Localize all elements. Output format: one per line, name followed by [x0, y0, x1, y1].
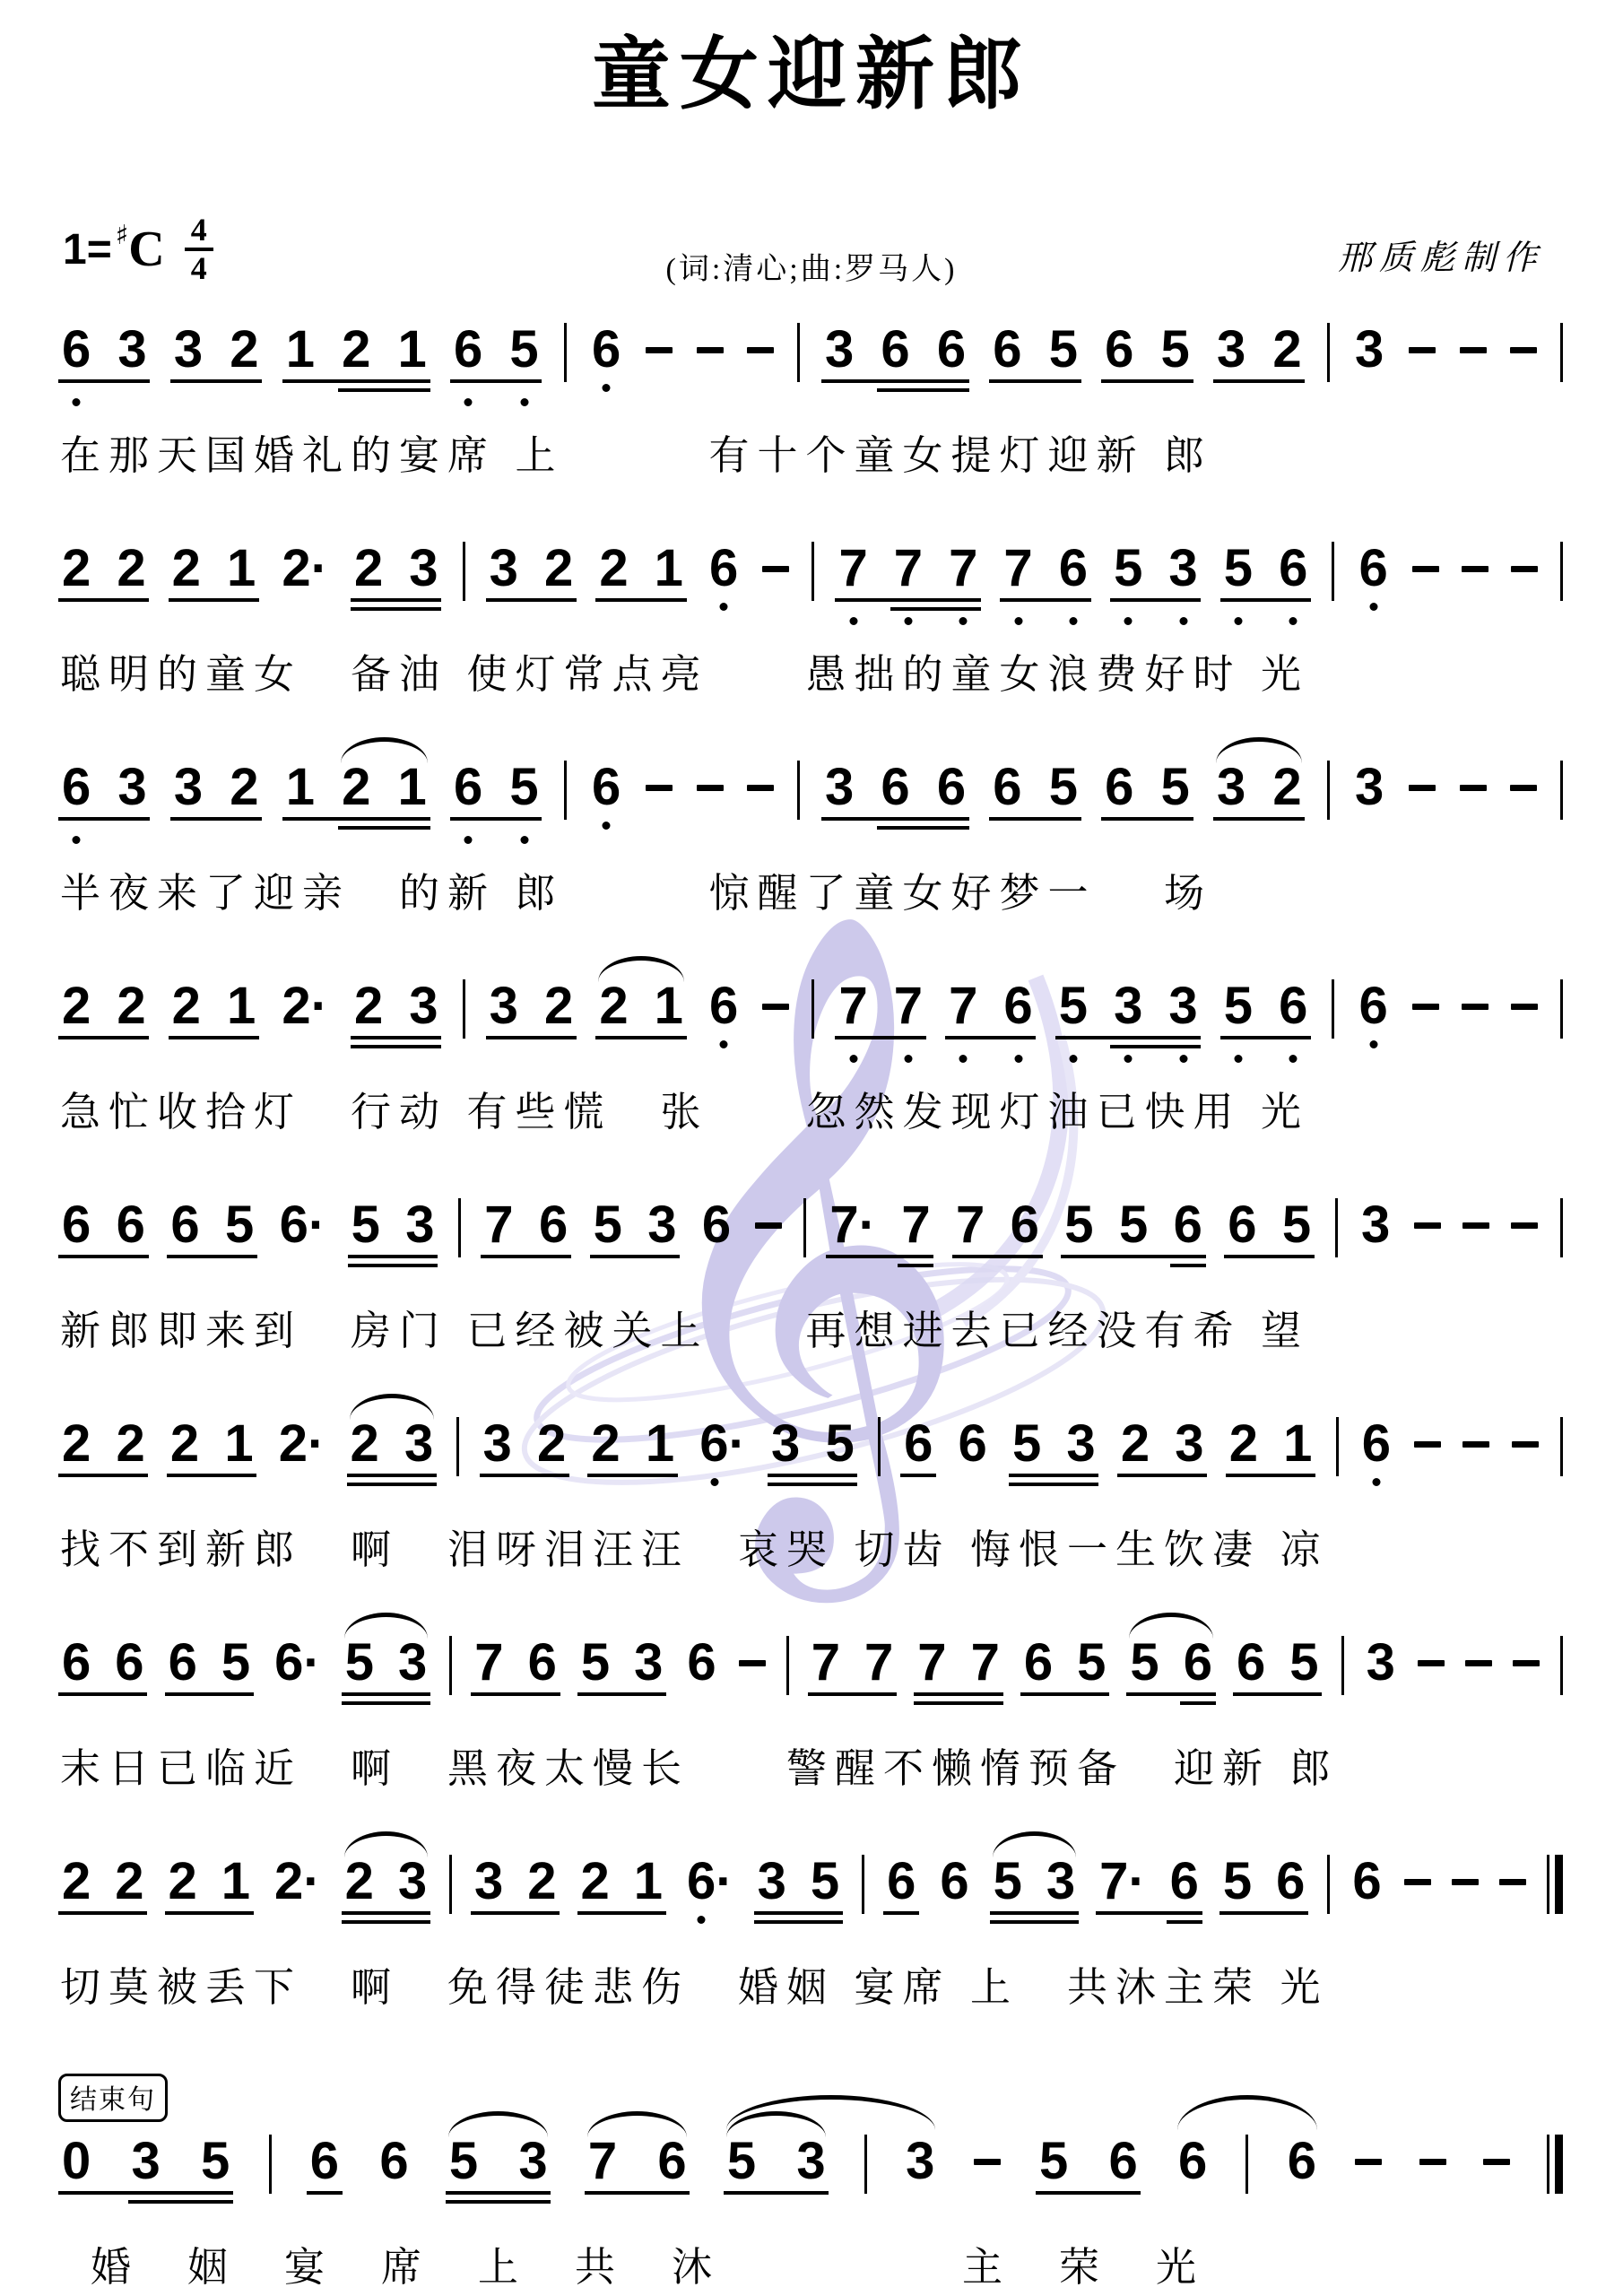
- note-digit: 2·: [279, 1417, 325, 1471]
- note: 6: [58, 761, 94, 814]
- note-digit: 6: [657, 2135, 686, 2188]
- octave-dot-icon: [1179, 1055, 1187, 1063]
- beam: [471, 1911, 560, 1915]
- note: 3: [395, 1636, 430, 1690]
- note: 3: [395, 1855, 430, 1909]
- note-digit: 2: [544, 979, 573, 1033]
- note-digit: 6: [62, 761, 91, 814]
- note: 2: [577, 1855, 613, 1909]
- slur-arc-icon: [1177, 2095, 1317, 2130]
- note-digit: 1: [286, 761, 315, 814]
- beam: [945, 1036, 1036, 1039]
- beam: [585, 2191, 690, 2195]
- note-digit: 1: [398, 761, 427, 814]
- octave-dot-icon: [1124, 617, 1133, 625]
- note: 7·: [1096, 1855, 1150, 1909]
- duration-dash-icon: [1419, 2159, 1446, 2165]
- slur-arc-icon: [448, 2111, 548, 2137]
- note-digit: 7: [894, 542, 923, 596]
- beam: [170, 379, 262, 383]
- note-digit: 1: [646, 1417, 674, 1471]
- beam: [351, 1036, 441, 1039]
- note-digit: 3: [409, 979, 438, 1033]
- octave-dot-icon: [1124, 1055, 1133, 1063]
- octave-dot-icon: [1369, 603, 1377, 611]
- beam: [342, 1920, 430, 1924]
- notes-row: 22212·23322167776533566: [58, 979, 1565, 1073]
- beam: [1020, 1692, 1109, 1696]
- duration-dash: [1508, 761, 1539, 791]
- note: 2: [342, 1855, 378, 1909]
- note: 6: [588, 761, 624, 814]
- duration-dash-icon: [1414, 1222, 1441, 1229]
- note: 6: [654, 2135, 690, 2188]
- note: 6: [1275, 542, 1311, 596]
- barline: [1341, 1636, 1344, 1695]
- barline: [786, 1636, 789, 1695]
- note: 6: [955, 1417, 991, 1471]
- note: 2: [226, 323, 262, 377]
- duration-dash-icon: [1452, 1879, 1479, 1885]
- note: 3: [1213, 323, 1249, 377]
- duration-dash: [1460, 542, 1490, 572]
- barline: [1558, 761, 1565, 820]
- duration-dash: [1410, 979, 1441, 1010]
- note-digit: 3: [1046, 1855, 1075, 1909]
- beam: [877, 826, 969, 830]
- barline: [461, 979, 467, 1039]
- note-digit: 6: [1003, 979, 1032, 1033]
- note: 5: [1110, 542, 1146, 596]
- duration-dash: [1402, 1855, 1433, 1885]
- barline: [1327, 323, 1330, 382]
- octave-dot-icon: [1289, 617, 1298, 625]
- note: 5: [1055, 979, 1091, 1033]
- note: 2: [347, 1417, 383, 1471]
- note: 6: [706, 542, 742, 596]
- duration-dash-icon: [1483, 2159, 1510, 2165]
- note: 2·: [278, 542, 332, 596]
- note-digit: 3: [647, 1198, 676, 1252]
- final-barline: [1555, 2135, 1563, 2194]
- barline: [564, 761, 567, 820]
- duration-dash-icon: [1513, 1660, 1540, 1666]
- note: 6: [535, 1198, 571, 1252]
- duration-dash-icon: [1355, 2159, 1382, 2165]
- duration-dash: [745, 761, 776, 791]
- barline: [562, 323, 568, 382]
- barline: [1327, 1855, 1330, 1914]
- barline: [810, 979, 816, 1039]
- note-digit: 5: [1039, 2135, 1068, 2188]
- note-digit: 5: [201, 2135, 230, 2188]
- note-digit: 5: [225, 1198, 254, 1252]
- beam: [446, 2200, 551, 2204]
- note: 5: [506, 761, 542, 814]
- note-digit: 5: [1282, 1198, 1311, 1252]
- note-digit: 6: [62, 1636, 91, 1690]
- note-digit: 3: [404, 1417, 433, 1471]
- note: 6: [1224, 1198, 1260, 1252]
- slur-arc-icon: [344, 1831, 428, 1857]
- note: 3: [170, 323, 206, 377]
- duration-dash-icon: [747, 785, 774, 791]
- barline: [447, 1636, 454, 1695]
- note-digit: 6: [592, 761, 621, 814]
- note-digit: 2: [527, 1855, 556, 1909]
- note: 7: [945, 979, 981, 1033]
- note-digit: 2: [115, 1855, 143, 1909]
- note: 1: [395, 323, 430, 377]
- note-digit: 7·: [829, 1198, 876, 1252]
- note-digit: 7: [811, 1636, 840, 1690]
- note: 6: [1167, 1855, 1202, 1909]
- note-digit: 6: [959, 1417, 987, 1471]
- note-digit: 6: [887, 1855, 916, 1909]
- note: 6: [1101, 761, 1137, 814]
- note: 3: [1351, 761, 1387, 814]
- barline: [456, 1198, 463, 1257]
- note-digit: 6: [1276, 1855, 1305, 1909]
- note-digit: 2: [599, 542, 628, 596]
- note: 6: [1000, 979, 1036, 1033]
- note-digit: 3: [490, 542, 518, 596]
- note-digit: 6: [115, 1636, 143, 1690]
- final-barline: [1555, 1855, 1563, 1914]
- note-digit: 6: [62, 1198, 91, 1252]
- note-digit: 6: [454, 323, 482, 377]
- note-digit: 6: [1237, 1636, 1265, 1690]
- beam: [351, 1045, 441, 1048]
- note: 6: [877, 761, 913, 814]
- beam: [1126, 1692, 1216, 1696]
- beam: [58, 1692, 147, 1696]
- note-digit: 1: [286, 323, 315, 377]
- note-digit: 3: [906, 2135, 934, 2188]
- barline: [1560, 1417, 1563, 1476]
- note-digit: 1: [1283, 1417, 1312, 1471]
- note: 3: [114, 323, 150, 377]
- note: 6: [1180, 1636, 1216, 1690]
- note: 7: [1000, 542, 1036, 596]
- note-digit: 5: [1161, 323, 1190, 377]
- beam: [754, 1920, 843, 1924]
- beam: [128, 2200, 233, 2204]
- beam: [58, 2191, 233, 2195]
- note-digit: 6: [881, 323, 909, 377]
- maker-credit: 邢质彪制作: [1338, 230, 1544, 279]
- note: 2·: [271, 1855, 325, 1909]
- note: 2: [169, 979, 204, 1033]
- octave-dot-icon: [1014, 1055, 1022, 1063]
- note-digit: 6·: [687, 1855, 733, 1909]
- final-barline: [1545, 2135, 1565, 2194]
- beam: [990, 1920, 1079, 1924]
- note-digit: 3: [771, 1417, 800, 1471]
- note-digit: 1: [227, 979, 256, 1033]
- note-digit: 6: [1170, 1855, 1199, 1909]
- note: 3: [1165, 542, 1201, 596]
- notes-row: 22212·2332216·35665323216: [58, 1417, 1565, 1510]
- note: 5: [1036, 2135, 1072, 2188]
- beam: [1096, 1911, 1202, 1915]
- note-digit: 6: [379, 2135, 408, 2188]
- duration-dash-icon: [1462, 1222, 1489, 1229]
- note: 5: [990, 1855, 1026, 1909]
- music-line-6: 22212·2332216·35665323216找不到新郎 啊 泪呀泪汪汪 哀…: [58, 1417, 1565, 1577]
- note-digit: 6: [1228, 1198, 1256, 1252]
- note-digit: 6: [904, 1417, 933, 1471]
- beam: [307, 2191, 343, 2195]
- octave-dot-icon: [959, 617, 968, 625]
- barline: [1325, 323, 1332, 382]
- note: 3: [170, 761, 206, 814]
- beam: [577, 1911, 666, 1915]
- duration-dash-icon: [1462, 1441, 1489, 1448]
- note: 2: [111, 1855, 147, 1909]
- duration-dash-icon: [1409, 347, 1436, 353]
- note: 6·: [696, 1417, 750, 1471]
- note-digit: 3: [1355, 323, 1384, 377]
- barline: [1560, 979, 1563, 1039]
- note-digit: 2: [537, 1417, 566, 1471]
- note: 2: [338, 761, 374, 814]
- beam: [1226, 1474, 1315, 1477]
- note-digit: 5: [1224, 542, 1253, 596]
- beam: [1036, 2191, 1141, 2195]
- note: 5: [221, 1198, 257, 1252]
- duration-dash: [1458, 761, 1488, 791]
- note: 6: [1355, 979, 1391, 1033]
- octave-dot-icon: [520, 836, 528, 844]
- beam: [1117, 1474, 1207, 1477]
- note-digit: 3: [1217, 323, 1245, 377]
- note-digit: 3: [1168, 979, 1197, 1033]
- note: 5: [724, 2135, 759, 2188]
- note: 2: [167, 1417, 203, 1471]
- note: 3: [1110, 979, 1146, 1033]
- music-line-ending: 0356653765335666婚 姻 宴 席 上 共 沐 主 荣 光: [58, 2135, 1565, 2294]
- duration-dash: [1461, 1198, 1491, 1229]
- note-digit: 6: [1279, 542, 1307, 596]
- note: 2: [541, 979, 577, 1033]
- note-digit: 3: [1114, 979, 1142, 1033]
- note: 1: [282, 323, 318, 377]
- note-digit: 5: [1119, 1198, 1148, 1252]
- note-digit: 6: [117, 1198, 145, 1252]
- octave-dot-icon: [849, 1055, 857, 1063]
- note-digit: 7: [588, 2135, 617, 2188]
- barline: [449, 1636, 452, 1695]
- notes-row: 22212·2332216·3566537·6566: [58, 1855, 1565, 1948]
- barline: [461, 542, 467, 601]
- note: 5: [1046, 323, 1081, 377]
- note: 2: [169, 542, 204, 596]
- barline: [811, 979, 814, 1039]
- note: 3: [768, 1417, 803, 1471]
- octave-dot-icon: [1289, 1055, 1298, 1063]
- note: 3: [480, 1417, 516, 1471]
- note-digit: 2: [62, 542, 91, 596]
- note-digit: 5: [1289, 1636, 1318, 1690]
- note-digit: 5: [1012, 1417, 1041, 1471]
- duration-dash: [644, 761, 674, 791]
- note-digit: 5: [811, 1855, 839, 1909]
- music-line-2: 22212·23322167777653566聪明的童女 备油 使灯常点亮 愚拙…: [58, 542, 1565, 701]
- note: 5: [590, 1198, 626, 1252]
- duration-dash-icon: [1512, 1441, 1539, 1448]
- beam: [989, 379, 1081, 383]
- duration-dash: [644, 323, 674, 353]
- barline: [810, 542, 816, 601]
- lyrics-line: 聪明的童女 备油 使灯常点亮 愚拙的童女浪费好时 光: [60, 648, 1565, 701]
- note: 5: [342, 1636, 378, 1690]
- beam: [58, 1255, 149, 1258]
- beam: [169, 598, 259, 602]
- note-digit: 3: [634, 1636, 663, 1690]
- note: 6: [525, 1636, 560, 1690]
- octave-dot-icon: [1069, 1055, 1077, 1063]
- note: 2: [1226, 1417, 1262, 1471]
- note-digit: 3: [405, 1198, 434, 1252]
- note-digit: 2: [351, 1417, 379, 1471]
- note: 6: [989, 761, 1025, 814]
- final-barline: [1545, 1855, 1565, 1914]
- note: 2: [165, 1855, 201, 1909]
- beam: [481, 1255, 571, 1258]
- beam: [821, 379, 969, 383]
- duration-dash-icon: [739, 1660, 766, 1666]
- barline: [1547, 1855, 1549, 1914]
- beam: [347, 1474, 437, 1477]
- beam: [768, 1483, 857, 1486]
- octave-dot-icon: [710, 1478, 718, 1486]
- duration-dash: [760, 979, 791, 1010]
- beam: [165, 1911, 254, 1915]
- beam: [914, 1701, 1003, 1705]
- note: 3: [114, 761, 150, 814]
- note: 6: [450, 323, 486, 377]
- note: 3: [486, 979, 522, 1033]
- note: 3: [902, 2135, 938, 2188]
- slur-arc-icon: [344, 1613, 428, 1639]
- note: 5: [1126, 1636, 1162, 1690]
- barline: [1330, 979, 1336, 1039]
- note-digit: 3: [398, 1855, 427, 1909]
- ending-music-line: 0356653765335666婚 姻 宴 席 上 共 沐 主 荣 光: [58, 2135, 1565, 2294]
- note-digit: 7: [901, 1198, 930, 1252]
- barline: [463, 542, 465, 601]
- note-digit: 3: [117, 323, 146, 377]
- note-digit: 3: [132, 2135, 161, 2188]
- beam: [1009, 1474, 1098, 1477]
- duration-dash: [753, 1198, 784, 1229]
- beam: [450, 379, 542, 383]
- note: 2: [338, 323, 374, 377]
- note-digit: 2: [172, 542, 201, 596]
- beam: [338, 388, 430, 392]
- note-digit: 2·: [282, 979, 328, 1033]
- note-digit: 5: [1130, 1636, 1159, 1690]
- note-digit: 5: [581, 1636, 610, 1690]
- duration-dash-icon: [697, 347, 724, 353]
- note: 6: [165, 1636, 201, 1690]
- note: 7: [481, 1198, 516, 1252]
- octave-dot-icon: [959, 1055, 968, 1063]
- beam: [169, 1036, 259, 1039]
- duration-dash-icon: [1499, 1879, 1526, 1885]
- octave-dot-icon: [698, 1916, 706, 1924]
- note-digit: 2: [1272, 761, 1301, 814]
- note-digit: 3: [1217, 761, 1245, 814]
- duration-dash-icon: [646, 347, 673, 353]
- note: 2: [595, 542, 631, 596]
- beam: [1213, 817, 1305, 821]
- notes-row: 63321216563666565323: [58, 323, 1565, 416]
- note-digit: 2: [591, 1417, 620, 1471]
- note-digit: 7: [894, 979, 923, 1033]
- barline: [860, 1855, 866, 1914]
- beam: [577, 1692, 666, 1696]
- note-digit: 3: [117, 761, 146, 814]
- note-digit: 2: [342, 761, 370, 814]
- note-digit: 6: [169, 1636, 197, 1690]
- note: 6: [683, 1636, 719, 1690]
- note: 3: [486, 542, 522, 596]
- note: 5: [1279, 1198, 1315, 1252]
- lyrics-line: 找不到新郎 啊 泪呀泪汪汪 哀哭 切齿 悔恨一生饮凄 凉: [60, 1523, 1565, 1577]
- note-digit: 6: [881, 761, 909, 814]
- music-line-4: 22212·23322167776533566急忙收拾灯 行动 有些慌 张 忽然…: [58, 979, 1565, 1139]
- beam: [58, 1036, 149, 1039]
- note: 2: [58, 542, 94, 596]
- beam: [1224, 1255, 1315, 1258]
- sheet-music-page: 童女迎新郎 1=♯C 4 4 (词:清心;曲:罗马人) 邢质彪制作 633212…: [0, 0, 1623, 2294]
- barline: [1560, 323, 1563, 382]
- beam: [446, 2191, 551, 2195]
- note: 6·: [271, 1636, 325, 1690]
- barline: [1327, 761, 1330, 820]
- note-digit: 2·: [274, 1855, 321, 1909]
- note: 3: [1063, 1417, 1098, 1471]
- note: 3: [1171, 1417, 1207, 1471]
- beam: [338, 826, 430, 830]
- time-signature-numerator: 4: [185, 213, 213, 248]
- note-digit: 6: [1108, 2135, 1137, 2188]
- note: 6: [989, 323, 1025, 377]
- note: 6: [1284, 2135, 1320, 2188]
- duration-dash-icon: [755, 1222, 782, 1229]
- barline: [447, 1855, 454, 1914]
- note-digit: 6: [1024, 1636, 1053, 1690]
- slur-arc-icon: [587, 2111, 687, 2137]
- beam: [1110, 1045, 1201, 1048]
- note-digit: 5: [1223, 1855, 1252, 1909]
- lyrics-line: 切莫被丢下 啊 免得徒悲伤 婚姻 宴席 上 共沐主荣 光: [60, 1961, 1565, 2014]
- note-digit: 2: [117, 979, 145, 1033]
- beam: [595, 1036, 687, 1039]
- barline: [1560, 761, 1563, 820]
- beam: [883, 1911, 919, 1915]
- note-digit: 3: [1367, 1636, 1395, 1690]
- beam: [990, 1911, 1079, 1915]
- note: 5: [1220, 542, 1256, 596]
- barline: [269, 2135, 272, 2194]
- duration-dash: [1460, 979, 1490, 1010]
- note: 6: [900, 1417, 936, 1471]
- note: 6·: [276, 1198, 330, 1252]
- beam: [989, 817, 1081, 821]
